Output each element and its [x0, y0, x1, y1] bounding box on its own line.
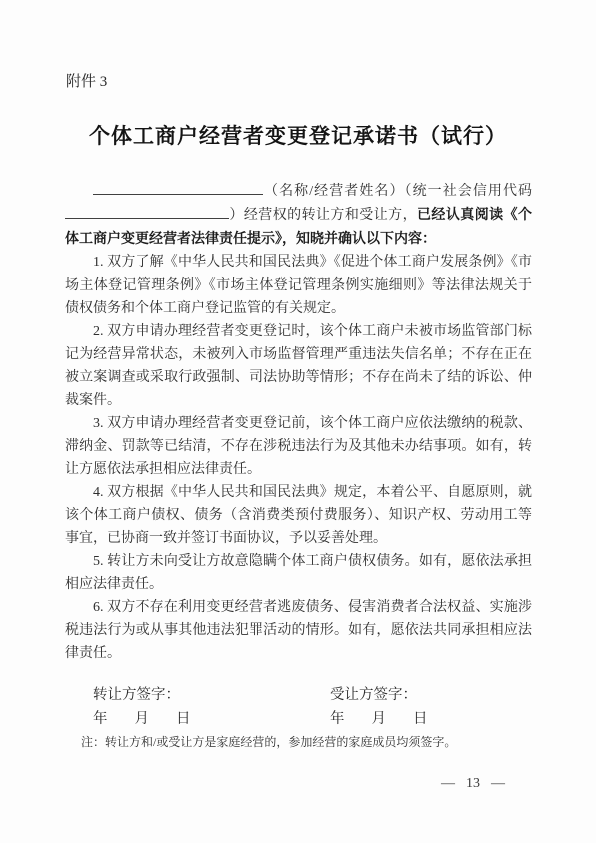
signature-section: 转让方签字： 受让方签字： 年月日 年月日 [93, 683, 533, 731]
transferee-signature-label: 受让方签字： [330, 683, 533, 707]
document-title: 个体工商户经营者变更登记承诺书（试行） [0, 120, 596, 150]
intro-after-blank: ）经营权的转让方和受让方， [229, 208, 417, 223]
intro-paragraph: （名称/经营者姓名）（统一社会信用代码）经营权的转让方和受让方，已经认真阅读《个… [65, 180, 532, 251]
document-page: 附件 3 个体工商户经营者变更登记承诺书（试行） （名称/经营者姓名）（统一社会… [0, 0, 596, 843]
transferor-signature-label: 转让方签字： [93, 683, 330, 707]
day-label: 日 [176, 707, 191, 731]
clause-1: 1. 双方了解《中华人民共和国民法典》《促进个体工商户发展条例》《市场主体登记管… [65, 251, 532, 320]
footer-right-dash: — [491, 776, 505, 792]
clause-2: 2. 双方申请办理经营者变更登记时，该个体工商户未被市场监管部门标记为经营异常状… [65, 320, 532, 412]
transferee-date-line: 年月日 [330, 707, 533, 731]
footer-left-dash: — [441, 776, 455, 792]
year-label: 年 [93, 707, 108, 731]
credit-code-blank-line [65, 206, 229, 219]
day-label: 日 [413, 707, 428, 731]
clause-6: 6. 双方不存在利用变更经营者逃废债务、侵害消费者合法权益、实施涉税违法行为或从… [65, 596, 532, 665]
clause-4: 4. 双方根据《中华人民共和国民法典》规定，本着公平、自愿原则，就该个体工商户债… [65, 481, 532, 550]
clause-3: 3. 双方申请办理经营者变更登记前，该个体工商户应依法缴纳的税款、滞纳金、罚款等… [65, 412, 532, 481]
footnote: 注：转让方和/或受让方是家庭经营的，参加经营的家庭成员均须签字。 [81, 733, 456, 751]
page-number: 13 [466, 776, 480, 792]
year-label: 年 [330, 707, 345, 731]
month-label: 月 [372, 707, 387, 731]
document-body: （名称/经营者姓名）（统一社会信用代码）经营权的转让方和受让方，已经认真阅读《个… [65, 180, 532, 665]
clause-5: 5. 转让方未向受让方故意隐瞒个体工商户债权债务。如有，愿依法承担相应法律责任。 [65, 550, 532, 596]
page-footer: — 13 — [441, 776, 505, 792]
month-label: 月 [135, 707, 150, 731]
attachment-label: 附件 3 [66, 70, 107, 91]
transferor-date-line: 年月日 [93, 707, 330, 731]
name-blank-line [93, 182, 263, 195]
intro-name-hint: （名称/经营者姓名）（统一社会信用代码 [263, 184, 532, 199]
